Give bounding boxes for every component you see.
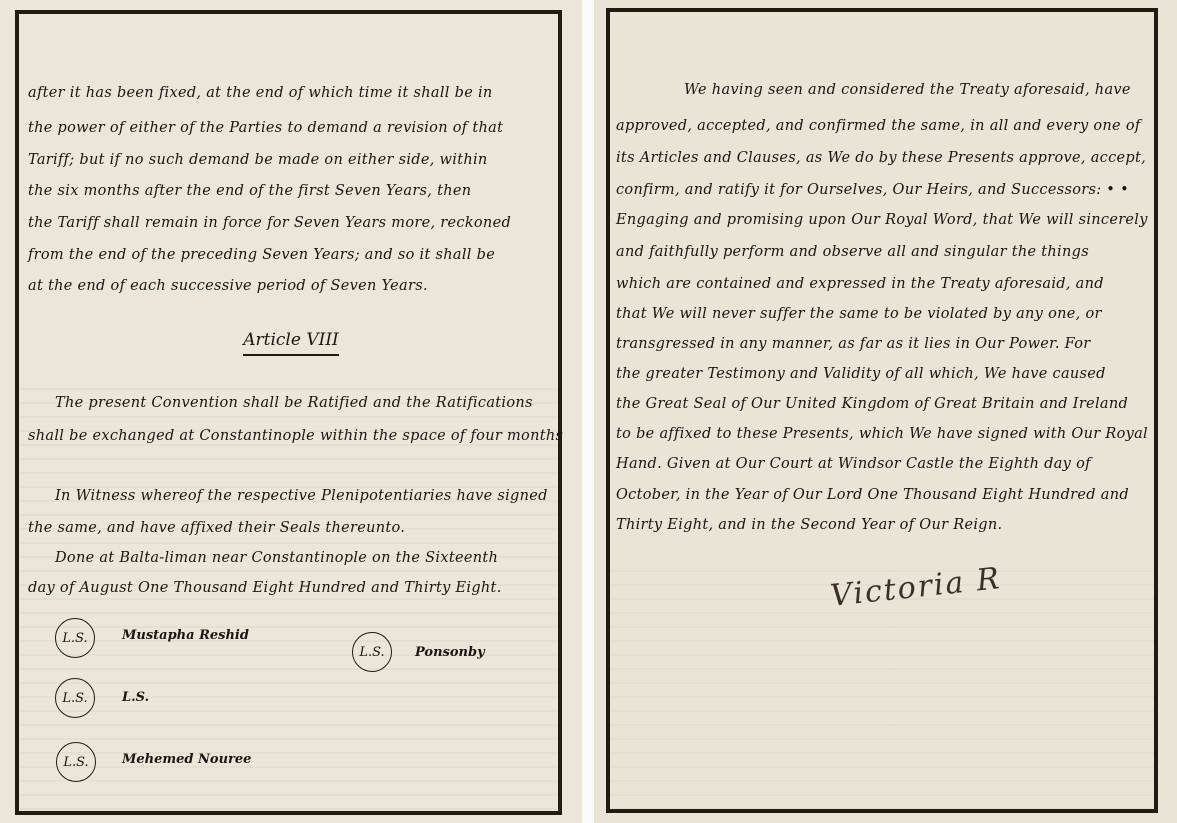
text-line: the power of either of the Parties to de… [28, 120, 503, 136]
left-page: after it has been fixed, at the end of w… [0, 0, 582, 823]
text-line: that We will never suffer the same to be… [616, 306, 1102, 322]
text-line: approved, accepted, and confirmed the sa… [616, 118, 1141, 134]
page-gutter [582, 0, 594, 823]
seal-stamp: L.S. [352, 632, 392, 672]
text-line: shall be exchanged at Constantinople wit… [28, 428, 563, 444]
text-line: after it has been fixed, at the end of w… [28, 85, 493, 101]
text-line: the Tariff shall remain in force for Sev… [28, 215, 511, 231]
signature-ponsonby: Ponsonby [415, 645, 485, 660]
text-line: and faithfully perform and observe all a… [616, 244, 1089, 260]
text-line: October, in the Year of Our Lord One Tho… [616, 487, 1129, 503]
right-page: We having seen and considered the Treaty… [594, 0, 1177, 823]
text-line: We having seen and considered the Treaty… [684, 82, 1131, 98]
signature-mehemed-nouree: Mehemed Nouree [122, 752, 251, 767]
text-line: the Great Seal of Our United Kingdom of … [616, 396, 1128, 412]
text-line: transgressed in any manner, as far as it… [616, 336, 1090, 352]
signature-mustapha-reshid: Mustapha Reshid [122, 628, 249, 643]
text-line: Done at Balta-liman near Constantinople … [55, 550, 498, 566]
seal-stamp: L.S. [55, 618, 95, 658]
text-line: Thirty Eight, and in the Second Year of … [616, 517, 1002, 533]
text-line: day of August One Thousand Eight Hundred… [28, 580, 502, 596]
text-line: confirm, and ratify it for Ourselves, Ou… [616, 182, 1129, 198]
text-line: which are contained and expressed in the… [616, 276, 1104, 292]
text-line: the greater Testimony and Validity of al… [616, 366, 1106, 382]
text-line: its Articles and Clauses, as We do by th… [616, 150, 1146, 166]
seal-stamp: L.S. [55, 678, 95, 718]
text-line: Tariff; but if no such demand be made on… [28, 152, 488, 168]
text-line: to be affixed to these Presents, which W… [616, 426, 1148, 442]
seal-stamp: L.S. [56, 742, 96, 782]
text-line: The present Convention shall be Ratified… [55, 395, 533, 411]
signature-mustapha-saaret: L.S. [122, 690, 149, 705]
article-heading: Article VIII [0, 330, 582, 356]
text-line: the same, and have affixed their Seals t… [28, 520, 405, 536]
article-viii-title: Article VIII [243, 330, 339, 356]
text-line: at the end of each successive period of … [28, 278, 428, 294]
text-line: Engaging and promising upon Our Royal Wo… [616, 212, 1148, 228]
text-line: the six months after the end of the firs… [28, 183, 471, 199]
text-line: from the end of the preceding Seven Year… [28, 247, 495, 263]
text-line: In Witness whereof the respective Plenip… [55, 488, 548, 504]
text-line: Hand. Given at Our Court at Windsor Cast… [616, 456, 1091, 472]
